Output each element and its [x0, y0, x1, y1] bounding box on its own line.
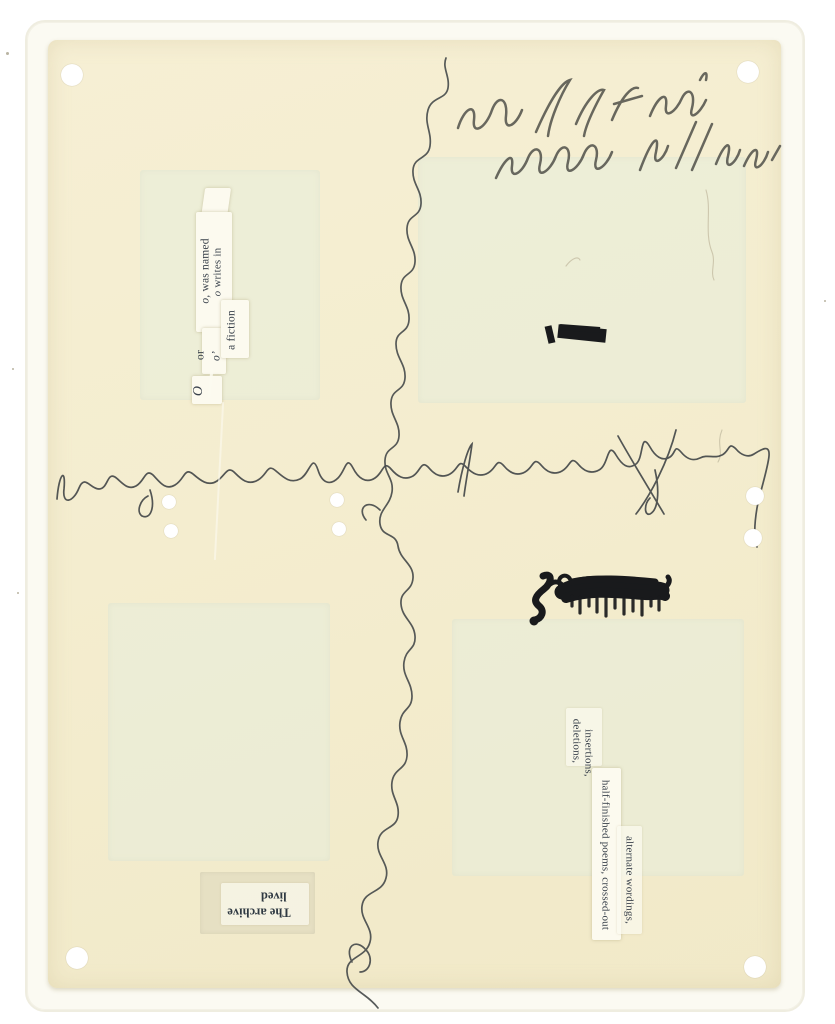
clipping-text-writes-in: o writes in — [213, 248, 224, 297]
clipping-text-capital-O: O — [192, 386, 206, 396]
clipping-text-line: The archive — [227, 904, 290, 920]
punch-hole-bottom-left — [66, 947, 88, 969]
punch-hole-bottom-right — [744, 956, 766, 978]
clipping-text-insertions: insertions, — [583, 729, 594, 777]
clipping-text-was-named: o, was named — [200, 238, 212, 303]
punch-hole-small-2 — [164, 524, 178, 538]
clipping-text-half-finished: half-finished poems, crossed-out — [600, 780, 611, 930]
clipping-text-a-fiction: a fiction — [226, 310, 238, 350]
scanned-collage-page: o, was named o writes in a fiction or o’… — [0, 0, 835, 1024]
punch-hole-small-1 — [162, 495, 176, 509]
dust-speck — [17, 592, 19, 594]
dust-speck — [824, 300, 826, 302]
punch-hole-top-right — [737, 61, 759, 83]
ghost-panel-top-right — [418, 157, 746, 403]
clipping-text-italic-lead: o, — [199, 295, 211, 304]
ghost-panel-bottom-left — [108, 603, 330, 861]
clipping-text-alternate-wordings: alternate wordings, — [624, 836, 635, 924]
clipping-text-line: lived — [227, 888, 290, 904]
clipping-text-roman: was named — [199, 238, 211, 294]
clipping-text-deletions: deletions, — [571, 719, 582, 763]
clipping-text-the-archive-lived: The archive lived — [227, 888, 290, 921]
clipping-text-roman: writes in — [212, 248, 224, 291]
dust-speck — [6, 52, 9, 55]
punch-hole-right-mid-1 — [746, 487, 764, 505]
clipping-text-or: or — [195, 350, 207, 360]
punch-hole-top-left — [61, 64, 83, 86]
punch-hole-right-mid-2 — [744, 529, 762, 547]
dust-speck — [12, 368, 14, 370]
punch-hole-small-4 — [332, 522, 346, 536]
clipping-text-italic-lead: o — [212, 291, 224, 297]
punch-hole-small-3 — [330, 493, 344, 507]
clipping-text-o-apostrophe: o’ — [211, 351, 223, 361]
